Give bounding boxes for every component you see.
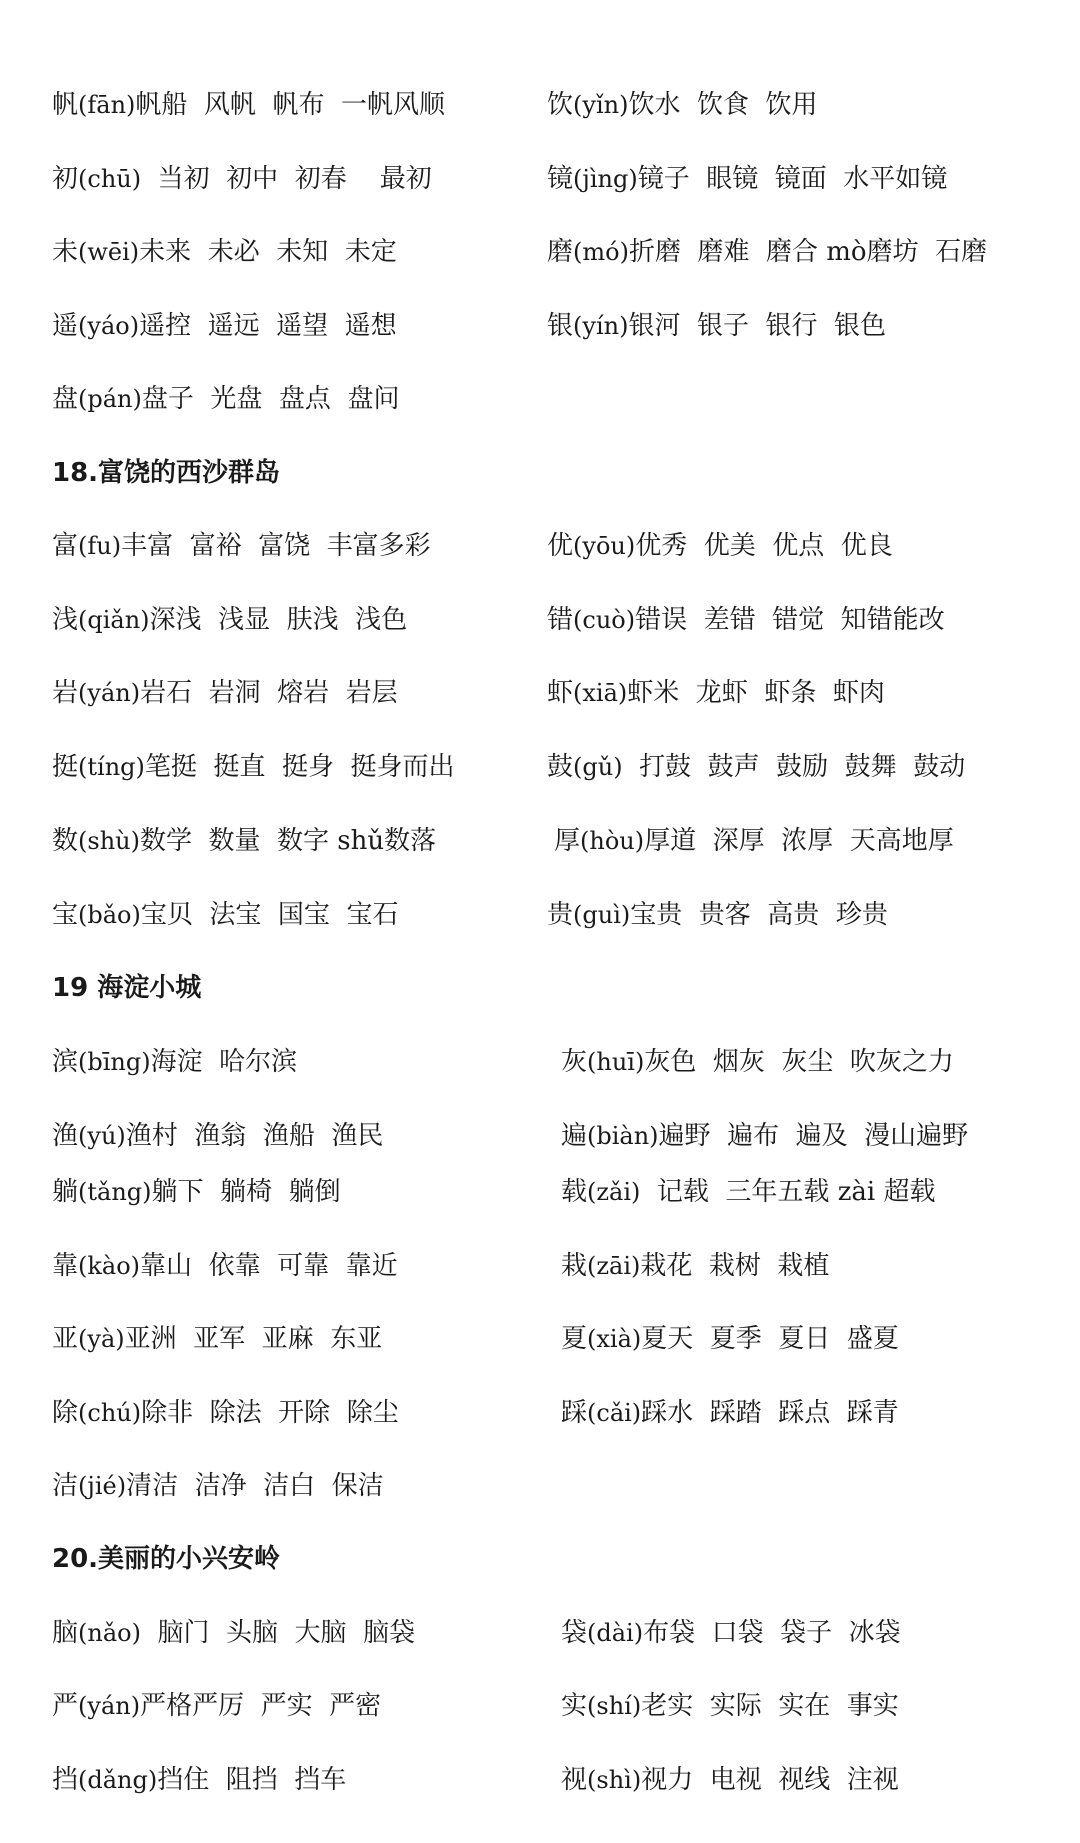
vocab-entry: 富(fu)丰富 富裕 富饶 丰富多彩	[52, 529, 431, 563]
vocab-character: 载	[561, 1177, 587, 1207]
vocab-pinyin: (xiā)	[573, 679, 627, 707]
vocab-pinyin: (zǎi)	[587, 1178, 640, 1206]
vocab-entry: 镜(jìng)镜子 眼镜 镜面 水平如镜	[547, 162, 947, 196]
vocab-character: 挺	[52, 752, 78, 782]
vocab-character: 饮	[547, 90, 573, 120]
vocab-character: 贵	[547, 900, 573, 930]
vocab-entry: 载(zǎi) 记载 三年五载 zài 超载	[561, 1175, 935, 1209]
vocab-words: 数学 数量 数字 shǔ数落	[140, 826, 436, 856]
vocab-character: 遥	[52, 311, 78, 341]
vocab-character: 亚	[52, 1324, 78, 1354]
vocab-pinyin: (mó)	[573, 238, 629, 266]
vocab-character: 靠	[52, 1251, 78, 1281]
vocab-entry: 洁(jié)清洁 洁净 洁白 保洁	[52, 1469, 384, 1503]
vocab-entry: 优(yōu)优秀 优美 优点 优良	[547, 529, 893, 563]
vocab-entry: 浅(qiǎn)深浅 浅显 肤浅 浅色	[52, 603, 407, 637]
vocab-character: 脑	[52, 1618, 78, 1648]
vocab-character: 虾	[547, 678, 573, 708]
vocab-character: 挡	[52, 1765, 78, 1795]
vocab-pinyin: (shì)	[587, 1766, 641, 1794]
vocab-pinyin: (yáo)	[78, 312, 139, 340]
vocab-character: 栽	[561, 1251, 587, 1281]
vocab-words: 夏天 夏季 夏日 盛夏	[641, 1324, 899, 1354]
vocab-words: 厚道 深厚 浓厚 天高地厚	[644, 826, 954, 856]
vocab-words: 布袋 口袋 袋子 冰袋	[643, 1618, 901, 1648]
vocab-entry: 视(shì)视力 电视 视线 注视	[561, 1763, 899, 1797]
vocab-words: 丰富 富裕 富饶 丰富多彩	[121, 531, 431, 561]
vocab-character: 银	[547, 311, 573, 341]
vocab-entry: 挺(tíng)笔挺 挺直 挺身 挺身而出	[52, 750, 454, 784]
vocab-entry: 遥(yáo)遥控 遥远 遥望 遥想	[52, 309, 397, 343]
vocab-words: 渔村 渔翁 渔船 渔民	[126, 1121, 384, 1151]
vocab-character: 滨	[52, 1047, 78, 1077]
vocab-entry: 岩(yán)岩石 岩洞 熔岩 岩层	[52, 676, 398, 710]
vocab-words: 遍野 遍布 遍及 漫山遍野	[659, 1121, 969, 1151]
vocab-pinyin: (xià)	[587, 1325, 641, 1353]
vocab-character: 未	[52, 237, 78, 267]
vocab-entry: 遍(biàn)遍野 遍布 遍及 漫山遍野	[561, 1119, 968, 1153]
vocab-words: 挡住 阻挡 挡车	[157, 1765, 346, 1795]
vocab-entry: 袋(dài)布袋 口袋 袋子 冰袋	[561, 1616, 901, 1650]
vocab-pinyin: (cuò)	[573, 606, 635, 634]
vocab-words: 优秀 优美 优点 优良	[635, 531, 893, 561]
vocab-entry: 踩(cǎi)踩水 踩踏 踩点 踩青	[561, 1396, 899, 1430]
vocab-character: 袋	[561, 1618, 587, 1648]
vocab-pinyin: (guì)	[573, 901, 630, 929]
vocab-pinyin: (wēi)	[78, 238, 139, 266]
vocab-character: 渔	[52, 1121, 78, 1151]
vocab-entry: 未(wēi)未来 未必 未知 未定	[52, 235, 397, 269]
vocab-character: 厚	[554, 826, 580, 856]
vocab-words: 躺下 躺椅 躺倒	[152, 1177, 341, 1207]
vocab-pinyin: (yín)	[573, 312, 628, 340]
vocab-character: 除	[52, 1398, 78, 1428]
vocab-character: 镜	[547, 164, 573, 194]
vocab-entry: 银(yín)银河 银子 银行 银色	[547, 309, 886, 343]
vocab-words: 老实 实际 实在 事实	[641, 1691, 899, 1721]
vocab-character: 严	[52, 1691, 78, 1721]
vocab-pinyin: (jié)	[78, 1472, 126, 1500]
vocab-entry: 滨(bīng)海淀 哈尔滨	[52, 1045, 297, 1079]
vocab-character: 躺	[52, 1177, 78, 1207]
vocab-entry: 躺(tǎng)躺下 躺椅 躺倒	[52, 1175, 341, 1209]
vocab-pinyin: (yú)	[78, 1122, 126, 1150]
vocab-words: 海淀 哈尔滨	[151, 1047, 298, 1077]
vocab-words: 严格严厉 严实 严密	[140, 1691, 381, 1721]
vocab-words: 镜子 眼镜 镜面 水平如镜	[638, 164, 948, 194]
vocab-entry: 除(chú)除非 除法 开除 除尘	[52, 1396, 399, 1430]
vocab-entry: 错(cuò)错误 差错 错觉 知错能改	[547, 603, 945, 637]
vocab-words: 当初 初中 初春 最初	[141, 164, 432, 194]
vocab-pinyin: (kào)	[78, 1252, 140, 1280]
vocab-pinyin: (tíng)	[78, 753, 145, 781]
vocab-pinyin: (biàn)	[587, 1122, 659, 1150]
vocab-character: 实	[561, 1691, 587, 1721]
vocab-entry: 灰(huī)灰色 烟灰 灰尘 吹灰之力	[561, 1045, 954, 1079]
vocab-character: 优	[547, 531, 573, 561]
vocab-entry: 厚(hòu)厚道 深厚 浓厚 天高地厚	[554, 824, 954, 858]
vocab-pinyin: (yà)	[78, 1325, 125, 1353]
vocab-entry: 脑(nǎo) 脑门 头脑 大脑 脑袋	[52, 1616, 415, 1650]
vocab-pinyin: (chú)	[78, 1399, 141, 1427]
vocab-words: 未来 未必 未知 未定	[139, 237, 397, 267]
vocab-words: 记载 三年五载 zài 超载	[640, 1177, 935, 1207]
vocab-character: 浅	[52, 605, 78, 635]
vocab-pinyin: (jìng)	[573, 165, 638, 193]
vocab-pinyin: (dài)	[587, 1619, 643, 1647]
vocab-character: 错	[547, 605, 573, 635]
vocab-pinyin: (chū)	[78, 165, 141, 193]
vocab-entry: 盘(pán)盘子 光盘 盘点 盘问	[52, 382, 399, 416]
vocab-pinyin: (yǐn)	[573, 91, 628, 119]
vocab-character: 岩	[52, 678, 78, 708]
vocab-pinyin: (bǎo)	[78, 901, 141, 929]
vocab-pinyin: (nǎo)	[78, 1619, 141, 1647]
vocab-pinyin: (zāi)	[587, 1252, 640, 1280]
vocab-pinyin: (dǎng)	[78, 1766, 157, 1794]
vocab-entry: 实(shí)老实 实际 实在 事实	[561, 1689, 899, 1723]
vocab-pinyin: (qiǎn)	[78, 606, 150, 634]
vocab-entry: 磨(mó)折磨 磨难 磨合 mò磨坊 石磨	[547, 235, 987, 269]
vocab-words: 遥控 遥远 遥望 遥想	[139, 311, 397, 341]
vocab-pinyin: (fu)	[78, 532, 121, 560]
vocab-pinyin: (hòu)	[580, 827, 644, 855]
vocab-entry: 夏(xià)夏天 夏季 夏日 盛夏	[561, 1322, 899, 1356]
vocab-entry: 饮(yǐn)饮水 饮食 饮用	[547, 88, 818, 122]
vocab-words: 岩石 岩洞 熔岩 岩层	[140, 678, 398, 708]
vocab-pinyin: (yán)	[78, 1692, 140, 1720]
vocab-character: 灰	[561, 1047, 587, 1077]
vocab-pinyin: (yōu)	[573, 532, 635, 560]
vocab-words: 栽花 栽树 栽植	[640, 1251, 829, 1281]
vocab-words: 清洁 洁净 洁白 保洁	[126, 1471, 384, 1501]
lesson-heading: 18.富饶的西沙群岛	[52, 456, 280, 490]
vocab-words: 错误 差错 错觉 知错能改	[635, 605, 945, 635]
vocab-pinyin: (gǔ)	[573, 753, 623, 781]
vocab-entry: 亚(yà)亚洲 亚军 亚麻 东亚	[52, 1322, 382, 1356]
vocab-entry: 帆(fān)帆船 风帆 帆布 一帆风顺	[52, 88, 445, 122]
vocab-words: 盘子 光盘 盘点 盘问	[142, 384, 400, 414]
vocab-words: 除非 除法 开除 除尘	[141, 1398, 399, 1428]
vocab-entry: 贵(guì)宝贵 贵客 高贵 珍贵	[547, 898, 888, 932]
vocab-words: 靠山 依靠 可靠 靠近	[140, 1251, 398, 1281]
vocab-entry: 数(shù)数学 数量 数字 shǔ数落	[52, 824, 436, 858]
lesson-heading: 20.美丽的小兴安岭	[52, 1542, 280, 1576]
vocab-pinyin: (huī)	[587, 1048, 644, 1076]
vocab-words: 帆船 风帆 帆布 一帆风顺	[135, 90, 445, 120]
vocab-words: 笔挺 挺直 挺身 挺身而出	[145, 752, 455, 782]
vocab-character: 视	[561, 1765, 587, 1795]
vocab-words: 亚洲 亚军 亚麻 东亚	[125, 1324, 383, 1354]
vocab-character: 富	[52, 531, 78, 561]
vocab-entry: 挡(dǎng)挡住 阻挡 挡车	[52, 1763, 346, 1797]
vocab-words: 折磨 磨难 磨合 mò磨坊 石磨	[629, 237, 987, 267]
vocab-words: 脑门 头脑 大脑 脑袋	[141, 1618, 415, 1648]
vocab-character: 宝	[52, 900, 78, 930]
vocab-character: 帆	[52, 90, 78, 120]
vocab-words: 深浅 浅显 肤浅 浅色	[150, 605, 408, 635]
vocab-pinyin: (shí)	[587, 1692, 641, 1720]
vocab-pinyin: (yán)	[78, 679, 140, 707]
vocab-character: 踩	[561, 1398, 587, 1428]
vocab-words: 饮水 饮食 饮用	[628, 90, 817, 120]
vocab-words: 视力 电视 视线 注视	[641, 1765, 899, 1795]
vocab-entry: 虾(xiā)虾米 龙虾 虾条 虾肉	[547, 676, 885, 710]
vocab-words: 银河 银子 银行 银色	[628, 311, 886, 341]
vocab-character: 数	[52, 826, 78, 856]
vocab-character: 初	[52, 164, 78, 194]
vocab-character: 盘	[52, 384, 78, 414]
vocab-words: 打鼓 鼓声 鼓励 鼓舞 鼓动	[623, 752, 966, 782]
vocab-entry: 靠(kào)靠山 依靠 可靠 靠近	[52, 1249, 398, 1283]
vocab-character: 夏	[561, 1324, 587, 1354]
vocab-words: 灰色 烟灰 灰尘 吹灰之力	[644, 1047, 954, 1077]
vocab-entry: 栽(zāi)栽花 栽树 栽植	[561, 1249, 829, 1283]
vocab-words: 虾米 龙虾 虾条 虾肉	[627, 678, 885, 708]
vocab-pinyin: (fān)	[78, 91, 135, 119]
vocab-character: 遍	[561, 1121, 587, 1151]
vocab-pinyin: (bīng)	[78, 1048, 151, 1076]
vocab-pinyin: (shù)	[78, 827, 140, 855]
vocab-entry: 初(chū) 当初 初中 初春 最初	[52, 162, 432, 196]
vocab-character: 鼓	[547, 752, 573, 782]
vocab-entry: 鼓(gǔ) 打鼓 鼓声 鼓励 鼓舞 鼓动	[547, 750, 965, 784]
vocab-pinyin: (tǎng)	[78, 1178, 152, 1206]
vocab-pinyin: (pán)	[78, 385, 142, 413]
vocab-pinyin: (cǎi)	[587, 1399, 641, 1427]
vocab-entry: 严(yán)严格严厉 严实 严密	[52, 1689, 381, 1723]
vocab-words: 踩水 踩踏 踩点 踩青	[641, 1398, 899, 1428]
lesson-heading: 19 海淀小城	[52, 971, 201, 1005]
vocab-words: 宝贝 法宝 国宝 宝石	[141, 900, 399, 930]
vocab-character: 洁	[52, 1471, 78, 1501]
vocab-character: 磨	[547, 237, 573, 267]
vocab-entry: 宝(bǎo)宝贝 法宝 国宝 宝石	[52, 898, 398, 932]
vocab-entry: 渔(yú)渔村 渔翁 渔船 渔民	[52, 1119, 383, 1153]
vocab-words: 宝贵 贵客 高贵 珍贵	[630, 900, 888, 930]
